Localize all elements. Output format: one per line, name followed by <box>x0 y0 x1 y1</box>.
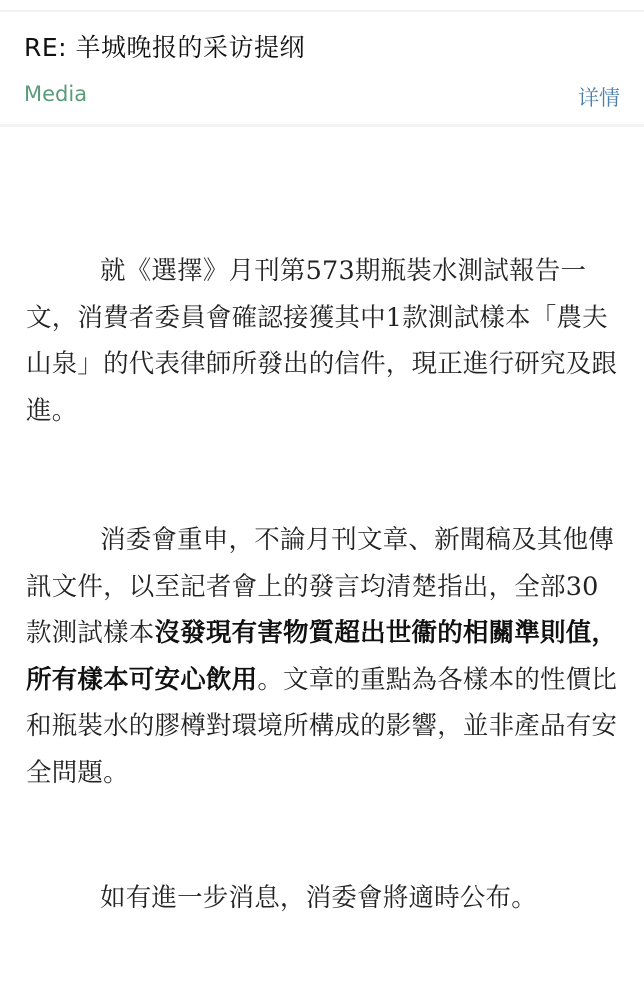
email-header: RE: 羊城晚报的采访提纲 Media 详情 <box>0 12 644 124</box>
details-link[interactable]: 详情 <box>578 82 620 112</box>
paragraph-1: 就《選擇》月刊第573期瓶裝水測試報告一文，消費者委員會確認接獲其中1款測試樣本… <box>26 248 620 434</box>
sender-name[interactable]: Media <box>24 82 87 106</box>
email-subject: RE: 羊城晚报的采访提纲 <box>24 28 305 64</box>
paragraph-3-text: 如有進一步消息，消委會將適時公布。 <box>100 883 537 913</box>
paragraph-1-text: 就《選擇》月刊第573期瓶裝水測試報告一文，消費者委員會確認接獲其中1款測試樣本… <box>26 256 617 426</box>
header-divider <box>0 124 644 127</box>
paragraph-3: 如有進一步消息，消委會將適時公布。 <box>26 875 620 922</box>
paragraph-2: 消委會重申，不論月刊文章、新聞稿及其他傳訊文件，以至記者會上的發言均清楚指出，全… <box>26 517 620 796</box>
